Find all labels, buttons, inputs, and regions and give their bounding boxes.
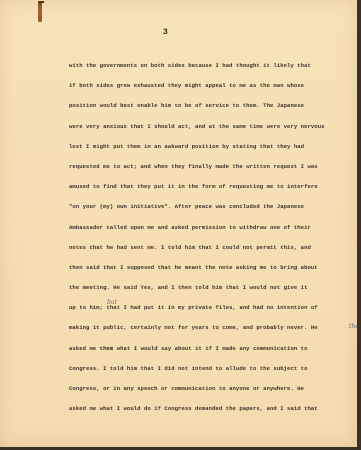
text-line: requested me to act; and when they final… — [69, 161, 359, 181]
text-line: then said that I supposed that he meant … — [69, 262, 359, 282]
text-line: "on your (my) own initiative". After pea… — [69, 201, 359, 221]
text-line: notes that he had sent me. I told him th… — [69, 242, 359, 262]
scan-edge-right — [357, 0, 361, 450]
text-line: asked me what I would do if Congress dem… — [69, 403, 359, 423]
text-segment: up to him; — [69, 304, 106, 311]
typed-body-text: with the governments on both sides becau… — [69, 60, 359, 423]
text-line-annotated: up to him; that I had put it in my priva… — [69, 302, 359, 322]
text-segment: that I had put it in my private files, a… — [106, 304, 317, 311]
text-line-annotated: making it public, certainly not for year… — [69, 322, 359, 342]
text-line: position would best enable him to be of … — [69, 100, 359, 120]
text-segment: making it public, certainly not for year… — [69, 324, 318, 331]
text-line: with the governments on both sides becau… — [69, 60, 359, 80]
text-line: were very anxious that I should act, and… — [69, 121, 359, 141]
text-line: Congress. I told him that I did not inte… — [69, 363, 359, 383]
text-line: Ambassador called upon me and asked perm… — [69, 222, 359, 242]
text-line: Congress, or in any speech or communicat… — [69, 383, 359, 403]
overstruck-word: them — [100, 345, 114, 352]
rust-stain — [38, 2, 42, 22]
page-number: 3 — [163, 28, 168, 37]
text-line-correction: asked me them what I would say about it … — [69, 343, 359, 363]
handwritten-annotation-but: but — [107, 297, 117, 309]
text-line: lest I might put them in an awkward posi… — [69, 141, 359, 161]
text-segment: what I would say about it if I made any … — [113, 345, 307, 352]
text-line: if both sides grew exhausted they might … — [69, 80, 359, 100]
text-segment: asked me — [69, 345, 100, 352]
document-page: 3 with the governments on both sides bec… — [0, 0, 357, 447]
text-line: amused to find that they put it in the f… — [69, 181, 359, 201]
